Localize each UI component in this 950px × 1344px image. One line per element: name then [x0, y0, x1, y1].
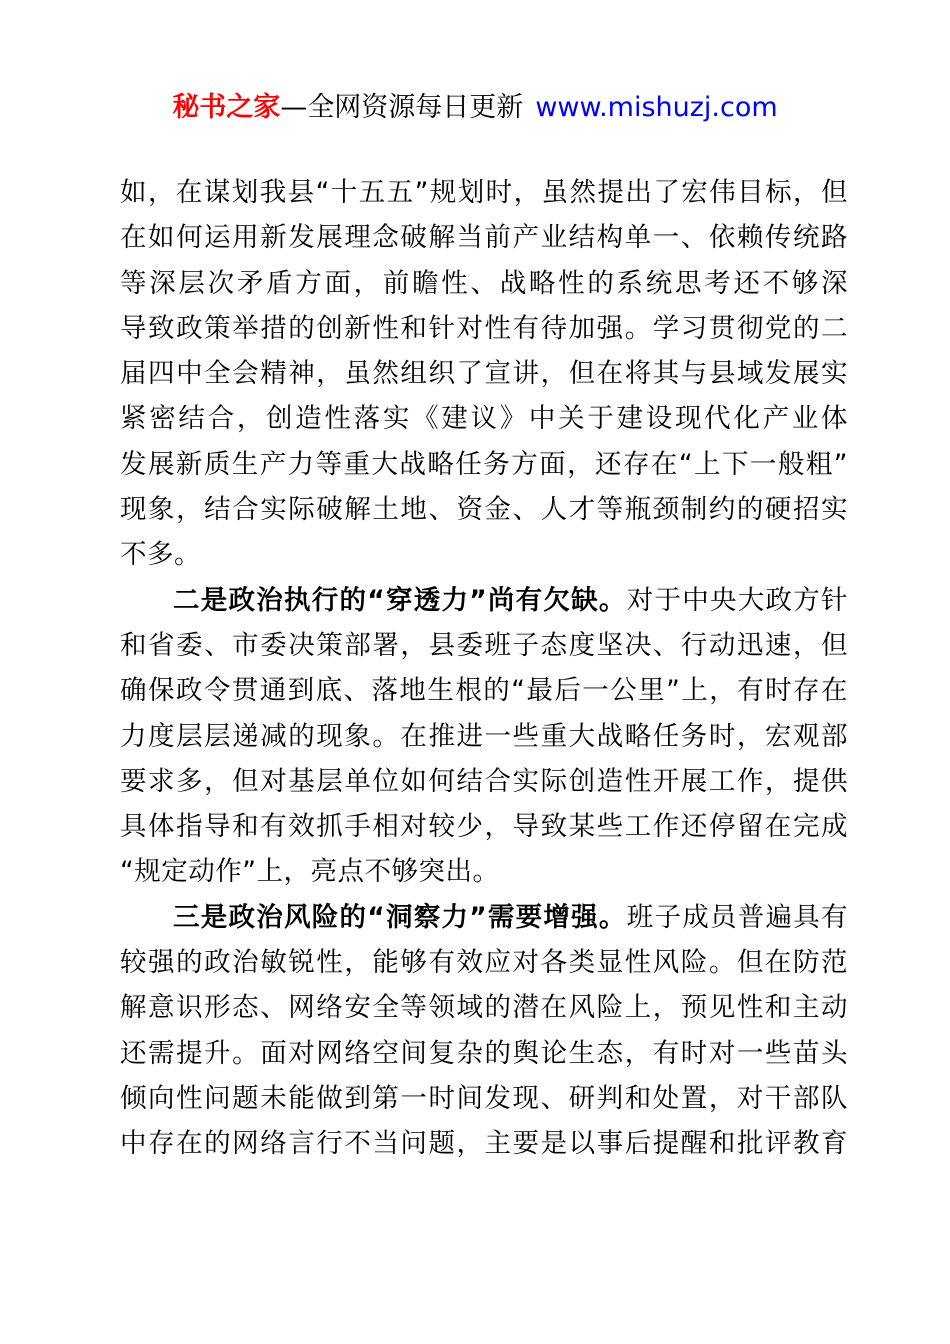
text-line: 较强的政治敏锐性，能够有效应对各类显性风险。但在防范化: [120, 940, 848, 985]
bold-lead-in: 二是政治执行的“穿透力”尚有欠缺。: [173, 585, 627, 616]
text-line: 二是政治执行的“穿透力”尚有欠缺。对于中央大政方针: [120, 578, 848, 623]
text-line: 不多。: [120, 532, 848, 577]
text-line: 中存在的网络言行不当问题，主要是以事后提醒和批评教育为: [120, 1121, 848, 1166]
document-body: 如，在谋划我县“十五五”规划时，虽然提出了宏伟目标，但在如何运用新发展理念破解当…: [120, 170, 848, 1167]
text-line: 现象，结合实际破解土地、资金、人才等瓶颈制约的硬招实招: [120, 487, 848, 532]
text-line: 三是政治风险的“洞察力”需要增强。班子成员普遍具有: [120, 895, 848, 940]
text-line: 如，在谋划我县“十五五”规划时，虽然提出了宏伟目标，但: [120, 170, 848, 215]
text-line: 力度层层递减的现象。在推进一些重大战略任务时，宏观部署: [120, 714, 848, 759]
site-tagline: 全网资源每日更新: [307, 92, 523, 123]
text-line: 和省委、市委决策部署，县委班子态度坚决、行动迅速，但在: [120, 623, 848, 668]
document-page: 秘书之家—全网资源每日更新www.mishuzj.com 如，在谋划我县“十五五…: [0, 0, 950, 1344]
text-line: 倾向性问题未能做到第一时间发现、研判和处置，对干部队伍: [120, 1076, 848, 1121]
text-line: 届四中全会精神，虽然组织了宣讲，但在将其与县域发展实践: [120, 351, 848, 396]
site-header: 秘书之家—全网资源每日更新www.mishuzj.com: [0, 92, 950, 124]
text-line: 还需提升。面对网络空间复杂的舆论生态，有时对一些苗头性、: [120, 1031, 848, 1076]
header-dash: —: [280, 92, 307, 123]
text-line: 解意识形态、网络安全等领域的潜在风险上，预见性和主动性: [120, 985, 848, 1030]
bold-lead-in: 三是政治风险的“洞察力”需要增强。: [173, 902, 627, 933]
text-line: “规定动作”上，亮点不够突出。: [120, 849, 848, 894]
text-line: 等深层次矛盾方面，前瞻性、战略性的系统思考还不够深入，: [120, 261, 848, 306]
text-line: 紧密结合，创造性落实《建议》中关于建设现代化产业体系、: [120, 396, 848, 441]
site-brand: 秘书之家: [172, 92, 280, 123]
text-line: 发展新质生产力等重大战略任务方面，还存在“上下一般粗”: [120, 442, 848, 487]
site-url-link[interactable]: www.mishuzj.com: [535, 92, 777, 123]
paragraph-2: 二是政治执行的“穿透力”尚有欠缺。对于中央大政方针和省委、市委决策部署，县委班子…: [120, 578, 848, 895]
paragraph-1: 如，在谋划我县“十五五”规划时，虽然提出了宏伟目标，但在如何运用新发展理念破解当…: [120, 170, 848, 578]
paragraph-3: 三是政治风险的“洞察力”需要增强。班子成员普遍具有较强的政治敏锐性，能够有效应对…: [120, 895, 848, 1167]
text-line: 具体指导和有效抓手相对较少，导致某些工作还停留在完成: [120, 804, 848, 849]
text-line: 导致政策举措的创新性和针对性有待加强。学习贯彻党的二十: [120, 306, 848, 351]
text-line: 要求多，但对基层单位如何结合实际创造性开展工作，提供的: [120, 759, 848, 804]
text-line: 在如何运用新发展理念破解当前产业结构单一、依赖传统路径: [120, 215, 848, 260]
text-line: 确保政令贯通到底、落地生根的“最后一公里”上，有时存在: [120, 668, 848, 713]
